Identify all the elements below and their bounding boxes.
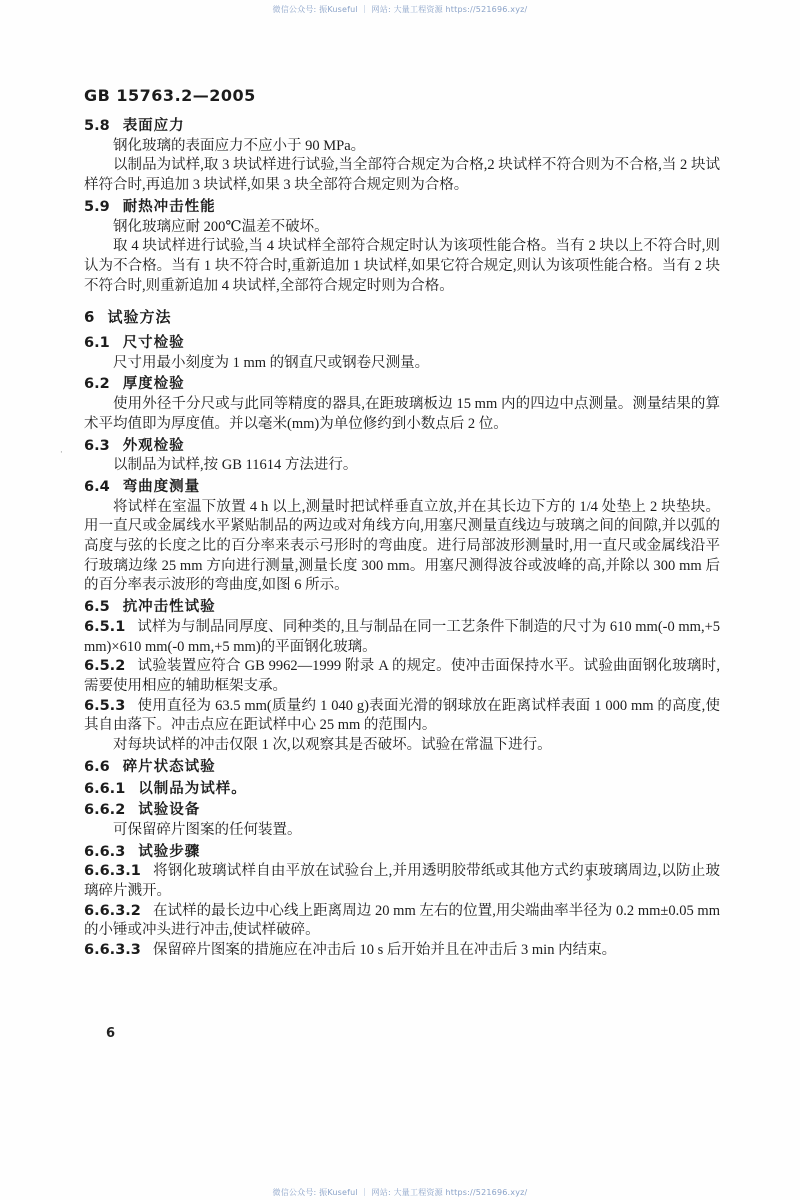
heading-number: 6.6.2	[84, 802, 125, 818]
clause-text: 保留碎片图案的措施应在冲击后 10 s 后开始并且在冲击后 3 min 内结束。	[153, 942, 616, 958]
heading-title: 抗冲击性试验	[123, 599, 216, 615]
heading-title: 弯曲度测量	[123, 479, 201, 495]
heading-title: 试验设备	[138, 802, 200, 818]
heading-number: 6.3	[84, 438, 110, 454]
heading-6-4: 6.4弯曲度测量	[84, 478, 720, 498]
heading-title: 碎片状态试验	[123, 759, 216, 775]
clause-paragraph: 6.5.3使用直径为 63.5 mm(质量约 1 040 g)表面光滑的钢球放在…	[84, 697, 720, 736]
clause-text: 使用直径为 63.5 mm(质量约 1 040 g)表面光滑的钢球放在距离试样表…	[84, 698, 720, 734]
heading-6-1: 6.1尺寸检验	[84, 334, 720, 354]
heading-6-2: 6.2厚度检验	[84, 375, 720, 395]
clause-paragraph: 6.5.1试样为与制品同厚度、同种类的,且与制品在同一工艺条件下制造的尺寸为 6…	[84, 618, 720, 657]
heading-number: 6.4	[84, 479, 110, 495]
heading-title: 厚度检验	[123, 376, 185, 392]
heading-title: 表面应力	[123, 118, 185, 134]
heading-6-6: 6.6碎片状态试验	[84, 758, 720, 778]
heading-6-3: 6.3外观检验	[84, 437, 720, 457]
scan-artifact: ʃ	[588, 868, 591, 881]
heading-title: 外观检验	[123, 438, 185, 454]
heading-5-9: 5.9耐热冲击性能	[84, 198, 720, 218]
heading-5-8: 5.8表面应力	[84, 117, 720, 137]
paragraph: 取 4 块试样进行试验,当 4 块试样全部符合规定时认为该项性能合格。当有 2 …	[84, 237, 720, 296]
paragraph: 尺寸用最小刻度为 1 mm 的钢直尺或钢卷尺测量。	[84, 354, 720, 374]
heading-6: 6试验方法	[84, 308, 720, 328]
watermark-top: 微信公众号: 振Kuseful ｜ 网站: 大量工程资源 https://521…	[0, 4, 800, 15]
heading-title: 以制品为试样。	[138, 781, 247, 797]
clause-text: 试验装置应符合 GB 9962—1999 附录 A 的规定。使冲击面保持水平。试…	[84, 658, 720, 694]
heading-number: 5.8	[84, 118, 110, 134]
clause-number: 6.5.1	[84, 619, 125, 635]
clause-text: 试样为与制品同厚度、同种类的,且与制品在同一工艺条件下制造的尺寸为 610 mm…	[84, 619, 720, 655]
heading-number: 6.6.3	[84, 844, 125, 860]
heading-number: 5.9	[84, 199, 110, 215]
page-number: 6	[106, 1026, 115, 1041]
heading-title: 试验步骤	[138, 844, 200, 860]
paragraph: 将试样在室温下放置 4 h 以上,测量时把试样垂直立放,并在其长边下方的 1/4…	[84, 498, 720, 597]
paragraph: 以制品为试样,按 GB 11614 方法进行。	[84, 456, 720, 476]
paragraph: 使用外径千分尺或与此同等精度的器具,在距玻璃板边 15 mm 内的四边中点测量。…	[84, 395, 720, 434]
clause-text: 在试样的最长边中心线上距离周边 20 mm 左右的位置,用尖端曲率半径为 0.2…	[84, 903, 720, 939]
page-content: GB 15763.2—2005 5.8表面应力 钢化玻璃的表面应力不应小于 90…	[84, 86, 720, 961]
watermark-bottom: 微信公众号: 振Kuseful ｜ 网站: 大量工程资源 https://521…	[0, 1187, 800, 1198]
heading-6-5: 6.5抗冲击性试验	[84, 598, 720, 618]
heading-title: 尺寸检验	[123, 335, 185, 351]
clause-number: 6.5.2	[84, 658, 125, 674]
heading-number: 6.6.1	[84, 781, 125, 797]
heading-6-6-1: 6.6.1以制品为试样。	[84, 780, 720, 800]
heading-number: 6.6	[84, 759, 110, 775]
clause-paragraph: 6.6.3.1将钢化玻璃试样自由平放在试验台上,并用透明胶带纸或其他方式约束玻璃…	[84, 862, 720, 901]
heading-number: 6.1	[84, 335, 110, 351]
clause-paragraph: 6.6.3.3保留碎片图案的措施应在冲击后 10 s 后开始并且在冲击后 3 m…	[84, 941, 720, 961]
clause-number: 6.5.3	[84, 698, 125, 714]
paragraph: 对每块试样的冲击仅限 1 次,以观察其是否破坏。试验在常温下进行。	[84, 736, 720, 756]
paragraph: 钢化玻璃应耐 200℃温差不破坏。	[84, 218, 720, 238]
heading-title: 试验方法	[107, 308, 171, 326]
heading-6-6-3: 6.6.3试验步骤	[84, 843, 720, 863]
heading-6-6-2: 6.6.2试验设备	[84, 801, 720, 821]
heading-title: 耐热冲击性能	[123, 199, 216, 215]
clause-number: 6.6.3.3	[84, 942, 141, 958]
paragraph: 可保留碎片图案的任何装置。	[84, 821, 720, 841]
heading-number: 6.5	[84, 599, 110, 615]
heading-number: 6	[84, 308, 94, 326]
clause-text: 将钢化玻璃试样自由平放在试验台上,并用透明胶带纸或其他方式约束玻璃周边,以防止玻…	[84, 863, 720, 899]
standard-code: GB 15763.2—2005	[84, 86, 720, 105]
heading-number: 6.2	[84, 376, 110, 392]
clause-number: 6.6.3.2	[84, 903, 141, 919]
scan-artifact: ·	[60, 448, 63, 458]
paragraph: 钢化玻璃的表面应力不应小于 90 MPa。	[84, 137, 720, 157]
clause-number: 6.6.3.1	[84, 863, 141, 879]
clause-paragraph: 6.5.2试验装置应符合 GB 9962—1999 附录 A 的规定。使冲击面保…	[84, 657, 720, 696]
clause-paragraph: 6.6.3.2在试样的最长边中心线上距离周边 20 mm 左右的位置,用尖端曲率…	[84, 902, 720, 941]
paragraph: 以制品为试样,取 3 块试样进行试验,当全部符合规定为合格,2 块试样不符合则为…	[84, 156, 720, 195]
